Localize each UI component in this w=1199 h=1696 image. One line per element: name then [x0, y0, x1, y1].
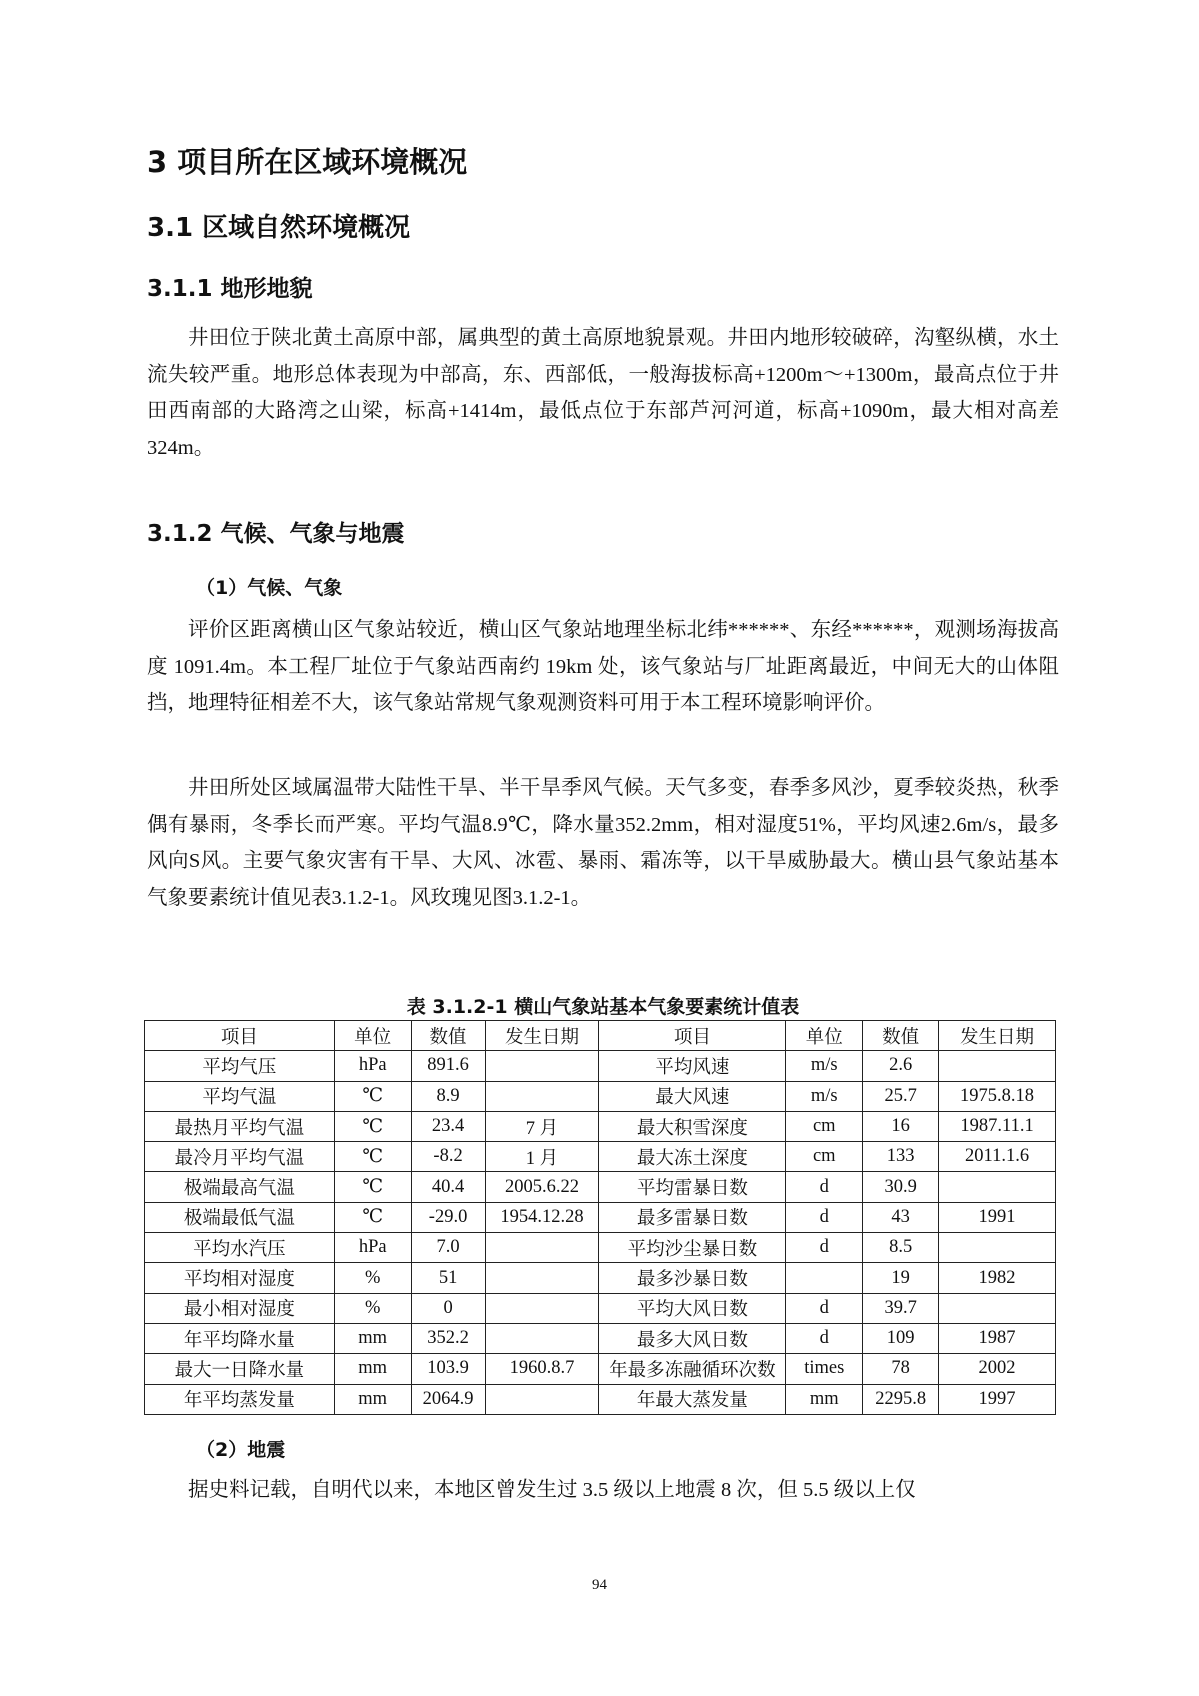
cell-date: 1987 — [939, 1323, 1056, 1353]
cell-value: 30.9 — [863, 1172, 939, 1202]
cell-date — [939, 1172, 1056, 1202]
cell-item: 平均风速 — [599, 1051, 786, 1081]
cell-date — [485, 1263, 599, 1293]
cell-date: 1954.12.28 — [485, 1202, 599, 1232]
header-date: 发生日期 — [939, 1021, 1056, 1051]
cell-item: 极端最高气温 — [145, 1172, 335, 1202]
chapter-heading: 3 项目所在区域环境概况 — [147, 140, 467, 181]
cell-value: 109 — [863, 1323, 939, 1353]
subheading-climate-meteorology: （1）气候、气象 — [196, 573, 342, 600]
cell-item: 极端最低气温 — [145, 1202, 335, 1232]
cell-unit: ℃ — [334, 1172, 411, 1202]
cell-unit: mm — [786, 1384, 863, 1414]
cell-value: -29.0 — [411, 1202, 485, 1232]
table-row: 年平均降水量mm352.2最多大风日数d1091987 — [145, 1323, 1056, 1353]
table-row: 平均气压hPa891.6平均风速m/s2.6 — [145, 1051, 1056, 1081]
cell-value: 7.0 — [411, 1233, 485, 1263]
table-row: 最冷月平均气温℃-8.21 月最大冻土深度cm1332011.1.6 — [145, 1142, 1056, 1172]
cell-value: 891.6 — [411, 1051, 485, 1081]
cell-date: 1982 — [939, 1263, 1056, 1293]
table-row: 最大一日降水量mm103.91960.8.7年最多冻融循环次数times7820… — [145, 1354, 1056, 1384]
cell-value: 2064.9 — [411, 1384, 485, 1414]
header-value: 数值 — [863, 1021, 939, 1051]
cell-date: 2011.1.6 — [939, 1142, 1056, 1172]
cell-item: 年平均降水量 — [145, 1323, 335, 1353]
cell-unit: m/s — [786, 1081, 863, 1111]
cell-unit: ℃ — [334, 1202, 411, 1232]
paragraph-terrain: 井田位于陕北黄土高原中部，属典型的黄土高原地貌景观。井田内地形较破碎，沟壑纵横，… — [147, 320, 1059, 466]
cell-item: 最热月平均气温 — [145, 1111, 335, 1141]
cell-unit: % — [334, 1263, 411, 1293]
cell-unit: ℃ — [334, 1142, 411, 1172]
cell-date: 1991 — [939, 1202, 1056, 1232]
cell-date: 1987.11.1 — [939, 1111, 1056, 1141]
cell-date — [485, 1051, 599, 1081]
paragraph-climate: 井田所处区域属温带大陆性干旱、半干旱季风气候。天气多变，春季多风沙，夏季较炎热，… — [147, 770, 1059, 916]
cell-item: 平均相对湿度 — [145, 1263, 335, 1293]
cell-unit: d — [786, 1233, 863, 1263]
header-unit: 单位 — [334, 1021, 411, 1051]
cell-item: 最大冻土深度 — [599, 1142, 786, 1172]
cell-date: 1975.8.18 — [939, 1081, 1056, 1111]
header-item: 项目 — [145, 1021, 335, 1051]
cell-unit: mm — [334, 1354, 411, 1384]
cell-unit: m/s — [786, 1051, 863, 1081]
cell-date: 1997 — [939, 1384, 1056, 1414]
table-row: 平均水汽压hPa7.0平均沙尘暴日数d8.5 — [145, 1233, 1056, 1263]
cell-item: 最冷月平均气温 — [145, 1142, 335, 1172]
header-item: 项目 — [599, 1021, 786, 1051]
cell-value: 39.7 — [863, 1293, 939, 1323]
cell-value: 78 — [863, 1354, 939, 1384]
cell-item: 平均沙尘暴日数 — [599, 1233, 786, 1263]
cell-item: 平均大风日数 — [599, 1293, 786, 1323]
cell-unit — [786, 1263, 863, 1293]
table-row: 年平均蒸发量mm2064.9年最大蒸发量mm2295.81997 — [145, 1384, 1056, 1414]
cell-value: 0 — [411, 1293, 485, 1323]
cell-item: 最多大风日数 — [599, 1323, 786, 1353]
cell-value: 8.5 — [863, 1233, 939, 1263]
table-row: 极端最高气温℃40.42005.6.22平均雷暴日数d30.9 — [145, 1172, 1056, 1202]
cell-item: 最多雷暴日数 — [599, 1202, 786, 1232]
cell-item: 平均水汽压 — [145, 1233, 335, 1263]
section-heading: 3.1 区域自然环境概况 — [147, 207, 410, 244]
page-number: 94 — [0, 1577, 1199, 1594]
subsection-heading-terrain: 3.1.1 地形地貌 — [147, 270, 313, 303]
cell-item: 最大积雪深度 — [599, 1111, 786, 1141]
table-header-row: 项目 单位 数值 发生日期 项目 单位 数值 发生日期 — [145, 1021, 1056, 1051]
cell-value: 133 — [863, 1142, 939, 1172]
cell-item: 平均雷暴日数 — [599, 1172, 786, 1202]
cell-date: 2005.6.22 — [485, 1172, 599, 1202]
cell-unit: ℃ — [334, 1111, 411, 1141]
cell-date — [485, 1081, 599, 1111]
cell-date: 1960.8.7 — [485, 1354, 599, 1384]
cell-item: 最大风速 — [599, 1081, 786, 1111]
cell-value: 25.7 — [863, 1081, 939, 1111]
cell-item: 最小相对湿度 — [145, 1293, 335, 1323]
cell-unit: d — [786, 1202, 863, 1232]
cell-unit: times — [786, 1354, 863, 1384]
header-unit: 单位 — [786, 1021, 863, 1051]
cell-unit: hPa — [334, 1233, 411, 1263]
cell-unit: d — [786, 1323, 863, 1353]
table-row: 平均气温℃8.9最大风速m/s25.71975.8.18 — [145, 1081, 1056, 1111]
cell-unit: hPa — [334, 1051, 411, 1081]
cell-date — [485, 1323, 599, 1353]
cell-date: 1 月 — [485, 1142, 599, 1172]
header-value: 数值 — [411, 1021, 485, 1051]
table-row: 最小相对湿度%0平均大风日数d39.7 — [145, 1293, 1056, 1323]
cell-value: 40.4 — [411, 1172, 485, 1202]
cell-value: 19 — [863, 1263, 939, 1293]
header-date: 发生日期 — [485, 1021, 599, 1051]
cell-date — [939, 1293, 1056, 1323]
cell-value: 16 — [863, 1111, 939, 1141]
cell-unit: ℃ — [334, 1081, 411, 1111]
cell-date: 7 月 — [485, 1111, 599, 1141]
cell-date: 2002 — [939, 1354, 1056, 1384]
cell-date — [939, 1233, 1056, 1263]
cell-item: 最多沙暴日数 — [599, 1263, 786, 1293]
cell-unit: cm — [786, 1111, 863, 1141]
cell-unit: cm — [786, 1142, 863, 1172]
table-row: 极端最低气温℃-29.01954.12.28最多雷暴日数d431991 — [145, 1202, 1056, 1232]
cell-unit: mm — [334, 1384, 411, 1414]
cell-value: 352.2 — [411, 1323, 485, 1353]
table-row: 最热月平均气温℃23.47 月最大积雪深度cm161987.11.1 — [145, 1111, 1056, 1141]
cell-unit: mm — [334, 1323, 411, 1353]
cell-item: 平均气温 — [145, 1081, 335, 1111]
cell-date — [485, 1384, 599, 1414]
cell-value: 2.6 — [863, 1051, 939, 1081]
cell-item: 年最多冻融循环次数 — [599, 1354, 786, 1384]
cell-value: 8.9 — [411, 1081, 485, 1111]
cell-item: 平均气压 — [145, 1051, 335, 1081]
table-caption: 表 3.1.2-1 横山气象站基本气象要素统计值表 — [147, 992, 1059, 1019]
cell-item: 年最大蒸发量 — [599, 1384, 786, 1414]
cell-value: 103.9 — [411, 1354, 485, 1384]
paragraph-earthquake: 据史料记载，自明代以来，本地区曾发生过 3.5 级以上地震 8 次，但 5.5 … — [147, 1472, 1059, 1509]
table-row: 平均相对湿度%51最多沙暴日数191982 — [145, 1263, 1056, 1293]
cell-unit: % — [334, 1293, 411, 1323]
cell-value: 51 — [411, 1263, 485, 1293]
paragraph-station: 评价区距离横山区气象站较近，横山区气象站地理坐标北纬******、东经*****… — [147, 612, 1059, 722]
cell-item: 最大一日降水量 — [145, 1354, 335, 1384]
meteorology-stats-table: 项目 单位 数值 发生日期 项目 单位 数值 发生日期 平均气压hPa891.6… — [144, 1020, 1056, 1415]
cell-item: 年平均蒸发量 — [145, 1384, 335, 1414]
cell-value: 23.4 — [411, 1111, 485, 1141]
subheading-earthquake: （2）地震 — [196, 1435, 285, 1462]
cell-date — [939, 1051, 1056, 1081]
subsection-heading-climate: 3.1.2 气候、气象与地震 — [147, 515, 405, 548]
cell-date — [485, 1233, 599, 1263]
cell-unit: d — [786, 1293, 863, 1323]
cell-value: -8.2 — [411, 1142, 485, 1172]
cell-value: 2295.8 — [863, 1384, 939, 1414]
cell-value: 43 — [863, 1202, 939, 1232]
cell-unit: d — [786, 1172, 863, 1202]
cell-date — [485, 1293, 599, 1323]
